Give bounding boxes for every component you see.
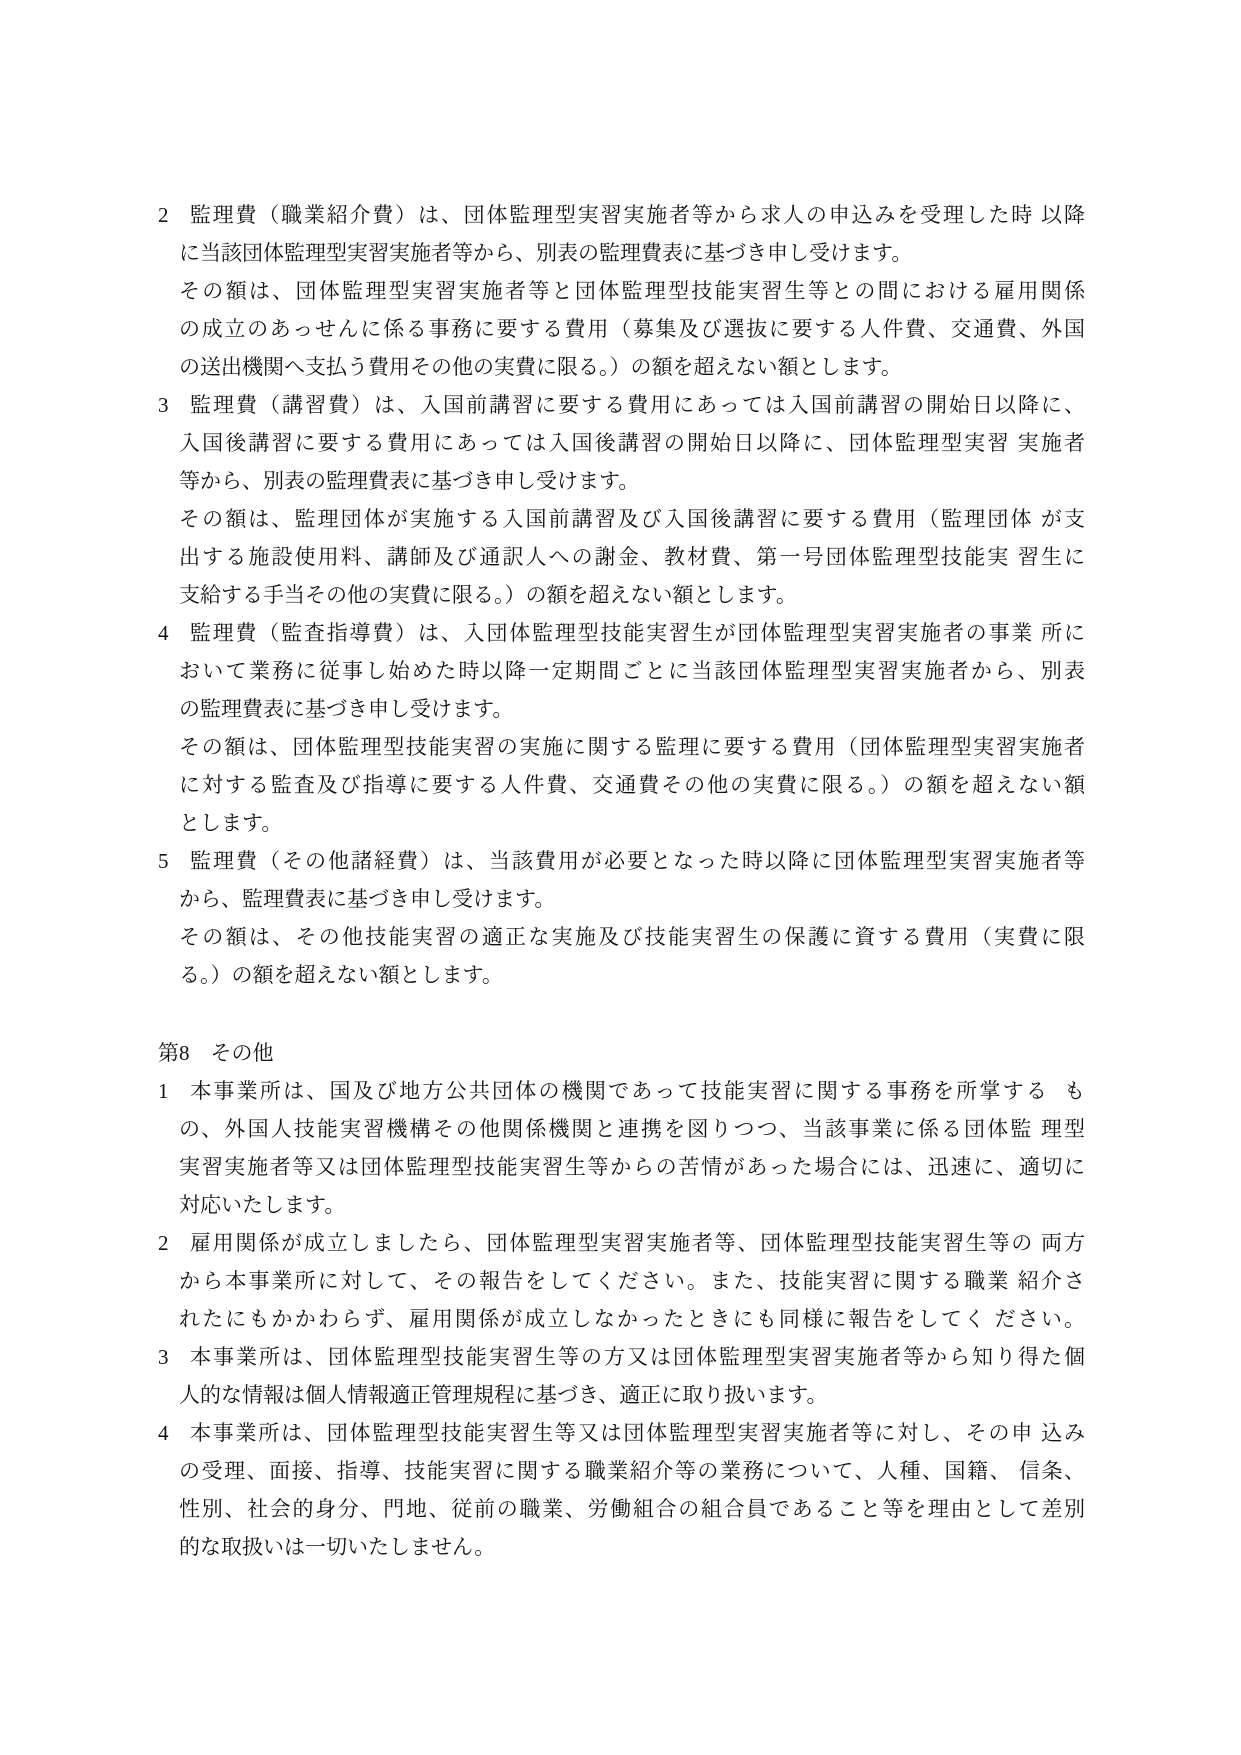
item-1-line-3: 実習実施者等又は団体監理型技能実習生等からの苦情があった場合には、迅速に、適切に [158, 1148, 1085, 1186]
item-3-line-6: 支給する手当その他の実費に限る。）の額を超えない額とします。 [158, 576, 1085, 614]
item-2-line-2: に当該団体監理型実習実施者等から、別表の監理費表に基づき申し受けます。 [158, 234, 1085, 272]
document-body: 2監理費（職業紹介費）は、団体監理型実習実施者等から求人の申込みを受理した時 以… [158, 196, 1090, 1566]
item-5-line-1: 5監理費（その他諸経費）は、当該費用が必要となった時以降に団体監理型実習実施者等 [158, 842, 1085, 880]
item-4-line-6: とします。 [158, 804, 1085, 842]
item-number: 1 [158, 1072, 188, 1110]
item-4-line-3: 性別、社会的身分、門地、従前の職業、労働組合の組合員であること等を理由として差別 [158, 1490, 1085, 1528]
item-2-line-4: の成立のあっせんに係る事務に要する費用（募集及び選抜に要する人件費、交通費、外国 [158, 310, 1085, 348]
item-number: 3 [158, 386, 188, 424]
item-1-line-1: 1本事業所は、国及び地方公共団体の機関であって技能実習に関する事務を所掌する も [158, 1072, 1085, 1110]
line-text: 監理費（その他諸経費）は、当該費用が必要となった時以降に団体監理型実習実施者等 [188, 849, 1085, 873]
item-3-line-5: 出する施設使用料、講師及び通訳人への謝金、教材費、第一号団体監理型技能実 習生に [158, 538, 1085, 576]
item-5-line-4: る。）の額を超えない額とします。 [158, 956, 1085, 994]
item-4-line-1: 4監理費（監査指導費）は、入団体監理型技能実習生が団体監理型実習実施者の事業 所… [158, 614, 1085, 652]
item-number: 4 [158, 614, 188, 652]
item-3-line-2: 人的な情報は個人情報適正管理規程に基づき、適正に取り扱います。 [158, 1376, 1085, 1414]
item-2-line-3: その額は、団体監理型実習実施者等と団体監理型技能実習生等との間における雇用関係 [158, 272, 1085, 310]
item-3-line-2: 入国後講習に要する費用にあっては入国後講習の開始日以降に、団体監理型実習 実施者 [158, 424, 1085, 462]
item-5-line-3: その額は、その他技能実習の適正な実施及び技能実習生の保護に資する費用（実費に限 [158, 918, 1085, 956]
item-2-line-5: の送出機関へ支払う費用その他の実費に限る。）の額を超えない額とします。 [158, 348, 1085, 386]
paragraph-gap [158, 994, 1090, 1034]
item-2-line-1: 2雇用関係が成立しましたら、団体監理型実習実施者等、団体監理型技能実習生等の 両… [158, 1224, 1085, 1262]
item-1-line-2: の、外国人技能実習機構その他関係機関と連携を図りつつ、当該事業に係る団体監 理型 [158, 1110, 1085, 1148]
section-heading: 第8 その他 [158, 1034, 1085, 1072]
item-3-line-1: 3本事業所は、団体監理型技能実習生等の方又は団体監理型実習実施者等から知り得た個 [158, 1338, 1085, 1376]
line-text: 監理費（講習費）は、入国前講習に要する費用にあっては入国前講習の開始日以降に、 [188, 393, 1085, 417]
item-2-line-2: から本事業所に対して、その報告をしてください。また、技能実習に関する職業 紹介さ [158, 1262, 1085, 1300]
item-4-line-2: の受理、面接、指導、技能実習に関する職業紹介等の業務について、人種、国籍、 信条… [158, 1452, 1085, 1490]
item-4-line-4: 的な取扱いは一切いたしません。 [158, 1528, 1085, 1566]
line-text: 監理費（監査指導費）は、入団体監理型技能実習生が団体監理型実習実施者の事業 所に [188, 621, 1085, 645]
item-number: 4 [158, 1414, 188, 1452]
item-4-line-2: おいて業務に従事し始めた時以降一定期間ごとに当該団体監理型実習実施者から、別表 [158, 652, 1085, 690]
line-text: 雇用関係が成立しましたら、団体監理型実習実施者等、団体監理型技能実習生等の 両方 [188, 1231, 1085, 1255]
item-2-line-1: 2監理費（職業紹介費）は、団体監理型実習実施者等から求人の申込みを受理した時 以… [158, 196, 1085, 234]
item-number: 2 [158, 196, 188, 234]
item-3-line-4: その額は、監理団体が実施する入国前講習及び入国後講習に要する費用（監理団体 が支 [158, 500, 1085, 538]
item-4-line-1: 4本事業所は、団体監理型技能実習生等又は団体監理型実習実施者等に対し、その申 込… [158, 1414, 1085, 1452]
document-page: 2監理費（職業紹介費）は、団体監理型実習実施者等から求人の申込みを受理した時 以… [0, 0, 1241, 1755]
item-4-line-3: の監理費表に基づき申し受けます。 [158, 690, 1085, 728]
item-number: 5 [158, 842, 188, 880]
item-1-line-4: 対応いたします。 [158, 1186, 1085, 1224]
item-number: 2 [158, 1224, 188, 1262]
line-text: 本事業所は、国及び地方公共団体の機関であって技能実習に関する事務を所掌する も [188, 1079, 1085, 1103]
item-3-line-3: 等から、別表の監理費表に基づき申し受けます。 [158, 462, 1085, 500]
item-5-line-2: から、監理費表に基づき申し受けます。 [158, 880, 1085, 918]
item-number: 3 [158, 1338, 188, 1376]
line-text: 本事業所は、団体監理型技能実習生等の方又は団体監理型実習実施者等から知り得た個 [188, 1345, 1085, 1369]
item-2-line-3: れたにもかかわらず、雇用関係が成立しなかったときにも同様に報告をしてく ださい。 [158, 1300, 1085, 1338]
item-3-line-1: 3監理費（講習費）は、入国前講習に要する費用にあっては入国前講習の開始日以降に、 [158, 386, 1085, 424]
item-4-line-4: その額は、団体監理型技能実習の実施に関する監理に要する費用（団体監理型実習実施者 [158, 728, 1085, 766]
line-text: 監理費（職業紹介費）は、団体監理型実習実施者等から求人の申込みを受理した時 以降 [188, 203, 1085, 227]
line-text: 本事業所は、団体監理型技能実習生等又は団体監理型実習実施者等に対し、その申 込み [188, 1421, 1085, 1445]
item-4-line-5: に対する監査及び指導に要する人件費、交通費その他の実費に限る。）の額を超えない額 [158, 766, 1085, 804]
